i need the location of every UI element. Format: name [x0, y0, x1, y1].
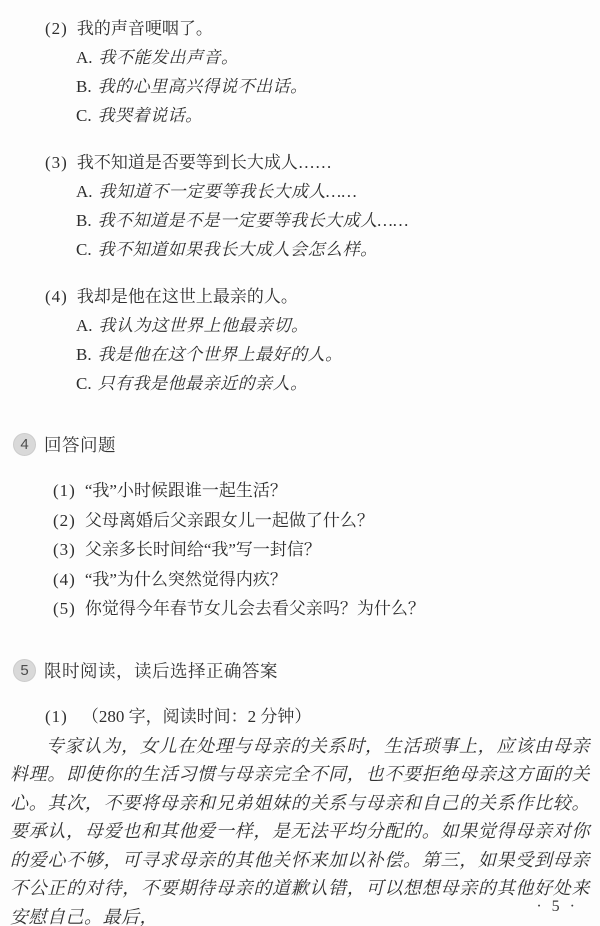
question-stem: 我不知道是否要等到长大成人…… [77, 153, 332, 172]
question-stem-line: (3)我不知道是否要等到长大成人…… [10, 148, 590, 177]
question-number: (4) [53, 570, 76, 589]
open-question-5: (5)你觉得今年春节女儿会去看父亲吗？为什么？ [10, 594, 590, 624]
question-text: 你觉得今年春节女儿会去看父亲吗？为什么？ [85, 599, 425, 618]
mc-question-group: (2)我的声音哽咽了。 A.我不能发出声音。 B.我的心里高兴得说不出话。 C.… [10, 14, 590, 398]
open-question-2: (2)父母离婚后父亲跟女儿一起做了什么？ [10, 506, 590, 536]
reading-subheading: (1)（280 字，阅读时间：2 分钟） [10, 702, 590, 731]
reading-meta: （280 字，阅读时间：2 分钟） [82, 707, 312, 726]
option-b: B.我是他在这个世界上最好的人。 [10, 340, 590, 369]
option-text: 我是他在这个世界上最好的人。 [98, 345, 343, 364]
option-text: 只有我是他最亲近的亲人。 [98, 374, 308, 393]
option-a: A.我知道不一定要等我长大成人…… [10, 177, 590, 206]
option-text: 我不能发出声音。 [99, 48, 239, 67]
section-header: 4 回答问题 [13, 432, 590, 457]
option-label: B. [76, 77, 92, 96]
reading-passage: 专家认为，女儿在处理与母亲的关系时，生活琐事上，应该由母亲料理。即使你的生活习惯… [10, 732, 590, 926]
mc-question-4: (4)我却是他在这世上最亲的人。 A.我认为这世界上他最亲切。 B.我是他在这个… [10, 282, 590, 398]
option-text: 我知道不一定要等我长大成人…… [99, 182, 358, 201]
open-question-3: (3)父亲多长时间给“我”写一封信？ [10, 535, 590, 565]
question-text: “我”为什么突然觉得内疚？ [85, 570, 287, 589]
section-number-badge: 4 [13, 433, 36, 456]
open-question-1: (1)“我”小时候跟谁一起生活？ [10, 476, 590, 506]
page-number: · 5 · [536, 898, 578, 916]
option-label: A. [76, 316, 93, 335]
option-text: 我认为这世界上他最亲切。 [99, 316, 309, 335]
question-number: (2) [53, 511, 76, 530]
section-5-timed-reading: 5 限时阅读，读后选择正确答案 (1)（280 字，阅读时间：2 分钟） 专家认… [10, 658, 590, 926]
section-4-answer-questions: 4 回答问题 (1)“我”小时候跟谁一起生活？ (2)父母离婚后父亲跟女儿一起做… [10, 432, 590, 624]
section-title: 限时阅读，读后选择正确答案 [44, 658, 278, 683]
option-text: 我哭着说话。 [98, 106, 203, 125]
option-label: C. [76, 106, 92, 125]
question-number: (3) [45, 153, 68, 172]
question-text: “我”小时候跟谁一起生活？ [85, 481, 287, 500]
question-number: (2) [45, 19, 68, 38]
question-stem-line: (2)我的声音哽咽了。 [10, 14, 590, 43]
question-text: 父亲多长时间给“我”写一封信？ [85, 540, 321, 559]
section-title: 回答问题 [44, 432, 116, 457]
question-number: (1) [53, 481, 76, 500]
question-stem-line: (4)我却是他在这世上最亲的人。 [10, 282, 590, 311]
open-question-4: (4)“我”为什么突然觉得内疚？ [10, 565, 590, 595]
option-b: B.我的心里高兴得说不出话。 [10, 72, 590, 101]
mc-question-3: (3)我不知道是否要等到长大成人…… A.我知道不一定要等我长大成人…… B.我… [10, 148, 590, 264]
option-b: B.我不知道是不是一定要等我长大成人…… [10, 206, 590, 235]
question-number: (3) [53, 540, 76, 559]
option-label: B. [76, 345, 92, 364]
option-label: A. [76, 48, 93, 67]
option-label: C. [76, 374, 92, 393]
option-text: 我的心里高兴得说不出话。 [98, 77, 308, 96]
option-text: 我不知道如果我长大成人会怎么样。 [98, 240, 378, 259]
option-c: C.我哭着说话。 [10, 101, 590, 130]
option-a: A.我不能发出声音。 [10, 43, 590, 72]
option-a: A.我认为这世界上他最亲切。 [10, 311, 590, 340]
section-number-badge: 5 [13, 659, 36, 682]
textbook-page: (2)我的声音哽咽了。 A.我不能发出声音。 B.我的心里高兴得说不出话。 C.… [0, 0, 600, 926]
question-text: 父母离婚后父亲跟女儿一起做了什么？ [85, 511, 374, 530]
question-number: (5) [53, 599, 76, 618]
question-stem: 我的声音哽咽了。 [77, 19, 213, 38]
question-number: (4) [45, 287, 68, 306]
question-stem: 我却是他在这世上最亲的人。 [77, 287, 298, 306]
option-label: A. [76, 182, 93, 201]
subitem-number: (1) [45, 707, 68, 726]
option-text: 我不知道是不是一定要等我长大成人…… [98, 211, 409, 230]
section-header: 5 限时阅读，读后选择正确答案 [13, 658, 590, 683]
option-label: B. [76, 211, 92, 230]
open-question-list: (1)“我”小时候跟谁一起生活？ (2)父母离婚后父亲跟女儿一起做了什么？ (3… [10, 476, 590, 624]
mc-question-2: (2)我的声音哽咽了。 A.我不能发出声音。 B.我的心里高兴得说不出话。 C.… [10, 14, 590, 130]
option-label: C. [76, 240, 92, 259]
option-c: C.只有我是他最亲近的亲人。 [10, 369, 590, 398]
option-c: C.我不知道如果我长大成人会怎么样。 [10, 235, 590, 264]
